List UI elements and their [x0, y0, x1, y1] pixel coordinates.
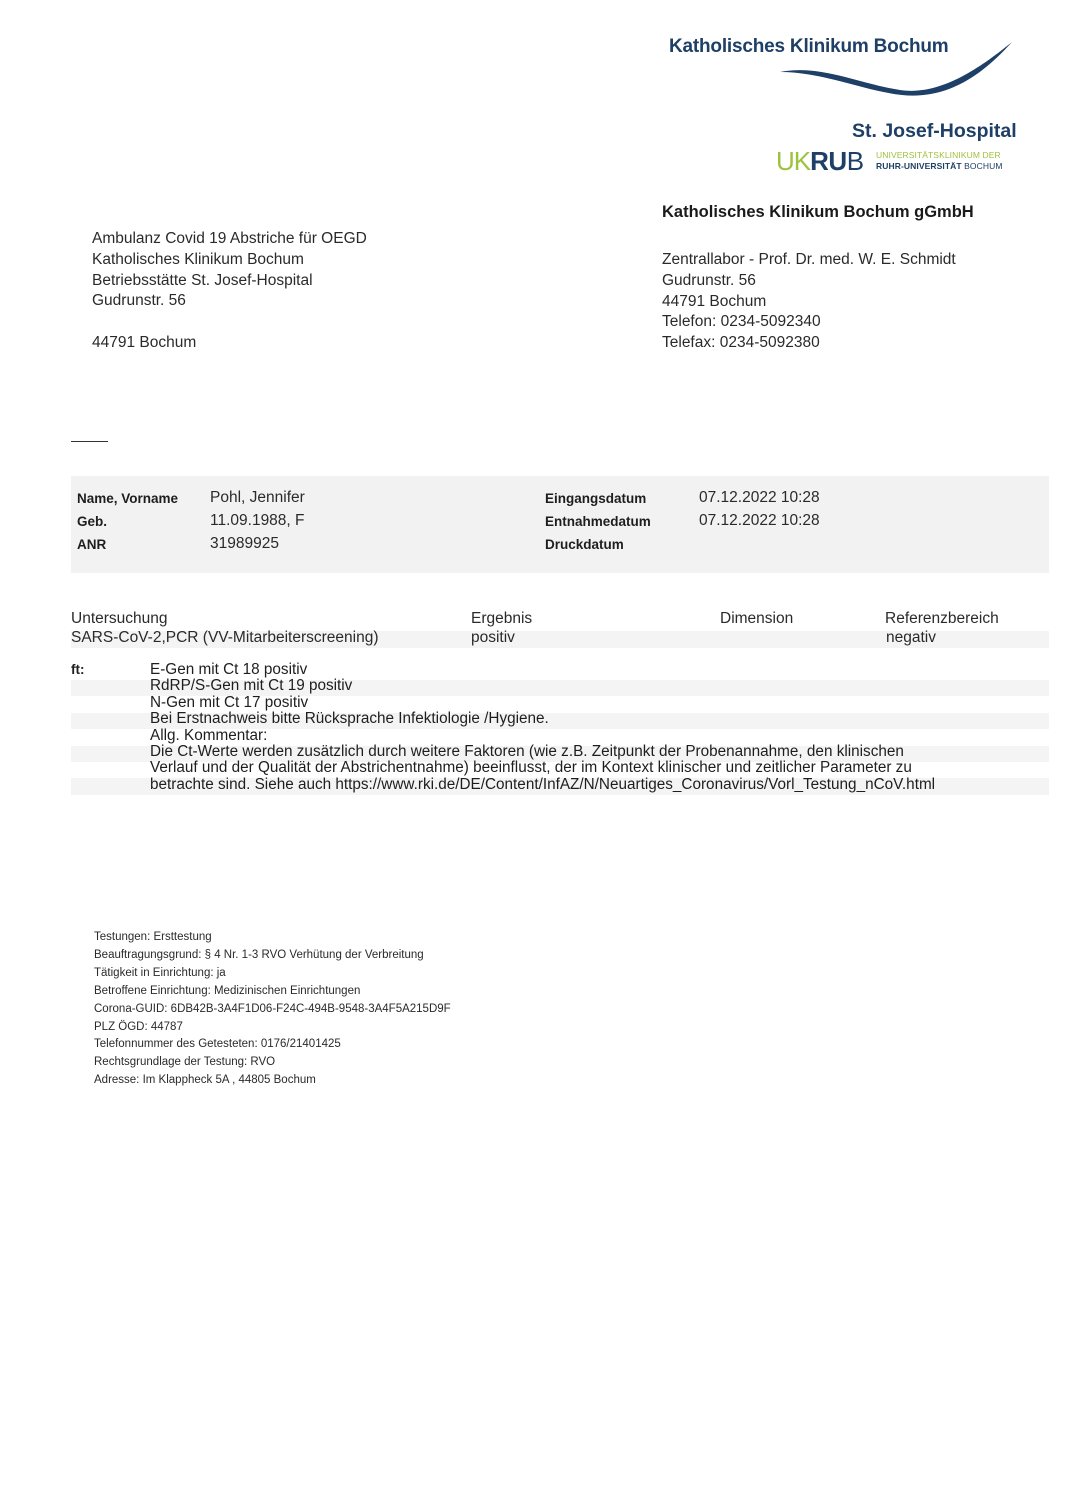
ukrub-logo-b: B [847, 146, 864, 176]
ukrub-logo-uk: UK [776, 146, 810, 176]
metadata-line: Beauftragungsgrund: § 4 Nr. 1-3 RVO Verh… [94, 947, 451, 965]
sampled-date-label: Entnahmedatum [545, 514, 651, 529]
patient-name-label: Name, Vorname [77, 491, 178, 506]
recipient-line: Katholisches Klinikum Bochum [92, 250, 367, 271]
ukrub-logo: UKRUB [776, 146, 864, 176]
comment-line: Die Ct-Werte werden zusätzlich durch wei… [150, 744, 935, 760]
sender-address: Zentrallabor - Prof. Dr. med. W. E. Schm… [662, 250, 956, 354]
comment-line: N-Gen mit Ct 17 positiv [150, 695, 935, 711]
comment-line: Allg. Kommentar: [150, 728, 935, 744]
comment-line: Bei Erstnachweis bitte Rücksprache Infek… [150, 711, 935, 727]
metadata-line: Corona-GUID: 6DB42B-3A4F1D06-F24C-494B-9… [94, 1001, 451, 1019]
patient-dob-value: 11.09.1988, F [210, 512, 305, 530]
recipient-line: Betriebsstätte St. Josef-Hospital [92, 271, 367, 292]
patient-name-value: Pohl, Jennifer [210, 489, 305, 507]
sender-line: 44791 Bochum [662, 292, 956, 313]
result-reference: negativ [886, 629, 936, 647]
comment-line: RdRP/S-Gen mit Ct 19 positiv [150, 678, 935, 694]
results-header-result: Ergebnis [471, 610, 532, 628]
sender-title: Katholisches Klinikum Bochum gGmbH [662, 203, 974, 222]
ukrub-logo-ru: RU [810, 146, 847, 176]
patient-anr-value: 31989925 [210, 535, 279, 553]
received-date-label: Eingangsdatum [545, 491, 646, 506]
print-date-label: Druckdatum [545, 537, 624, 552]
logo-hospital-name: St. Josef-Hospital [852, 120, 1017, 143]
sender-line: Zentrallabor - Prof. Dr. med. W. E. Schm… [662, 250, 956, 271]
results-header-test: Untersuchung [71, 610, 168, 628]
recipient-address: Ambulanz Covid 19 Abstriche für OEGD Kat… [92, 229, 367, 354]
recipient-line [92, 312, 367, 333]
received-date-value: 07.12.2022 10:28 [699, 489, 820, 507]
ukrub-subtitle-thin: BOCHUM [962, 161, 1003, 171]
result-value: positiv [471, 629, 515, 647]
fold-mark-divider [71, 441, 108, 442]
metadata-line: PLZ ÖGD: 44787 [94, 1019, 451, 1037]
ukrub-subtitle-line2: RUHR-UNIVERSITÄT BOCHUM [876, 161, 1003, 172]
ukrub-logo-subtitle: UNIVERSITÄTSKLINIKUM DER RUHR-UNIVERSITÄ… [876, 150, 1003, 172]
sender-line: Gudrunstr. 56 [662, 271, 956, 292]
recipient-line: Ambulanz Covid 19 Abstriche für OEGD [92, 229, 367, 250]
patient-dob-label: Geb. [77, 514, 107, 529]
comment-label: ft: [71, 662, 85, 677]
sender-line: Telefon: 0234-5092340 [662, 312, 956, 333]
metadata-line: Adresse: Im Klappheck 5A , 44805 Bochum [94, 1072, 451, 1090]
comment-text: E-Gen mit Ct 18 positiv RdRP/S-Gen mit C… [150, 662, 935, 793]
recipient-line: 44791 Bochum [92, 333, 367, 354]
test-metadata: Testungen: Ersttestung Beauftragungsgrun… [94, 929, 451, 1090]
metadata-line: Betroffene Einrichtung: Medizinischen Ei… [94, 983, 451, 1001]
comment-line: Verlauf und der Qualität der Abstrichent… [150, 760, 935, 776]
sampled-date-value: 07.12.2022 10:28 [699, 512, 820, 530]
recipient-line: Gudrunstr. 56 [92, 291, 367, 312]
metadata-line: Telefonnummer des Getesteten: 0176/21401… [94, 1036, 451, 1054]
result-test-name: SARS-CoV-2,PCR (VV-Mitarbeiterscreening) [71, 629, 379, 647]
metadata-line: Testungen: Ersttestung [94, 929, 451, 947]
results-header-unit: Dimension [720, 610, 793, 628]
metadata-line: Tätigkeit in Einrichtung: ja [94, 965, 451, 983]
patient-anr-label: ANR [77, 537, 106, 552]
results-header-reference: Referenzbereich [885, 610, 999, 628]
comment-line: E-Gen mit Ct 18 positiv [150, 662, 935, 678]
metadata-line: Rechtsgrundlage der Testung: RVO [94, 1054, 451, 1072]
logo-swoosh-icon [780, 38, 1020, 102]
ukrub-subtitle-line1: UNIVERSITÄTSKLINIKUM DER [876, 150, 1003, 161]
ukrub-subtitle-bold: RUHR-UNIVERSITÄT [876, 161, 962, 171]
sender-line: Telefax: 0234-5092380 [662, 333, 956, 354]
comment-line: betrachte sind. Siehe auch https://www.r… [150, 777, 935, 793]
